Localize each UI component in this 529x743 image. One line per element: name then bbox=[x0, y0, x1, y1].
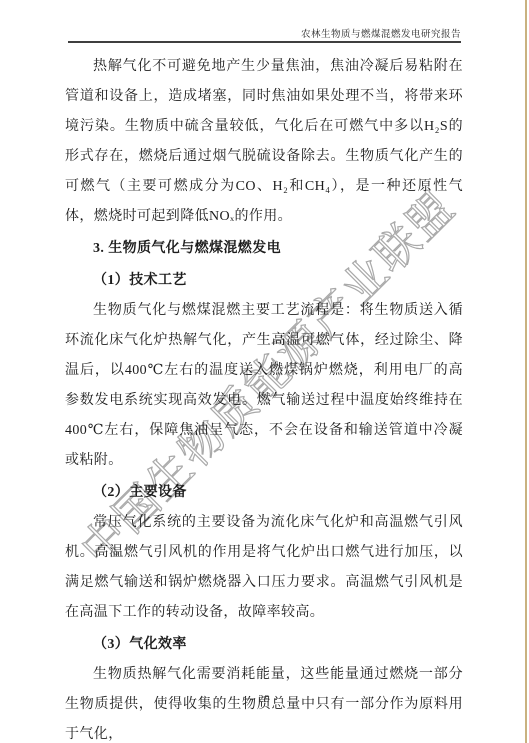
paragraph-main-equipment: 常压气化系统的主要设备为流化床气化炉和高温燃气引风机。高温燃气引风机的作用是将气… bbox=[65, 508, 463, 628]
section-heading-gasification-cofiring: 3. 生物质气化与燃煤混燃发电 bbox=[65, 234, 463, 264]
document-body: 热解气化不可避免地产生少量焦油，焦油冷凝后易粘附在管道和设备上，造成堵塞，同时焦… bbox=[65, 52, 463, 743]
document-page: 中国生物质能源产业联盟 农林生物质与燃煤混燃发电研究报告 热解气化不可避免地产生… bbox=[0, 0, 529, 743]
running-header-title: 农林生物质与燃煤混燃发电研究报告 bbox=[68, 26, 461, 40]
page-number: - 29 - bbox=[0, 694, 529, 705]
scan-edge-line bbox=[525, 0, 527, 743]
subsection-heading-technology-process: （1）技术工艺 bbox=[65, 266, 463, 296]
subsection-heading-gasification-efficiency: （3）气化效率 bbox=[65, 630, 463, 660]
subsection-heading-main-equipment: （2）主要设备 bbox=[65, 478, 463, 508]
paragraph-process-flow: 生物质气化与燃煤混燃主要工艺流程是：将生物质送入循环流化床气化炉热解气化，产生高… bbox=[65, 296, 463, 476]
header-divider-rule bbox=[68, 41, 461, 43]
paragraph-tar-sulfur: 热解气化不可避免地产生少量焦油，焦油冷凝后易粘附在管道和设备上，造成堵塞，同时焦… bbox=[65, 52, 463, 232]
